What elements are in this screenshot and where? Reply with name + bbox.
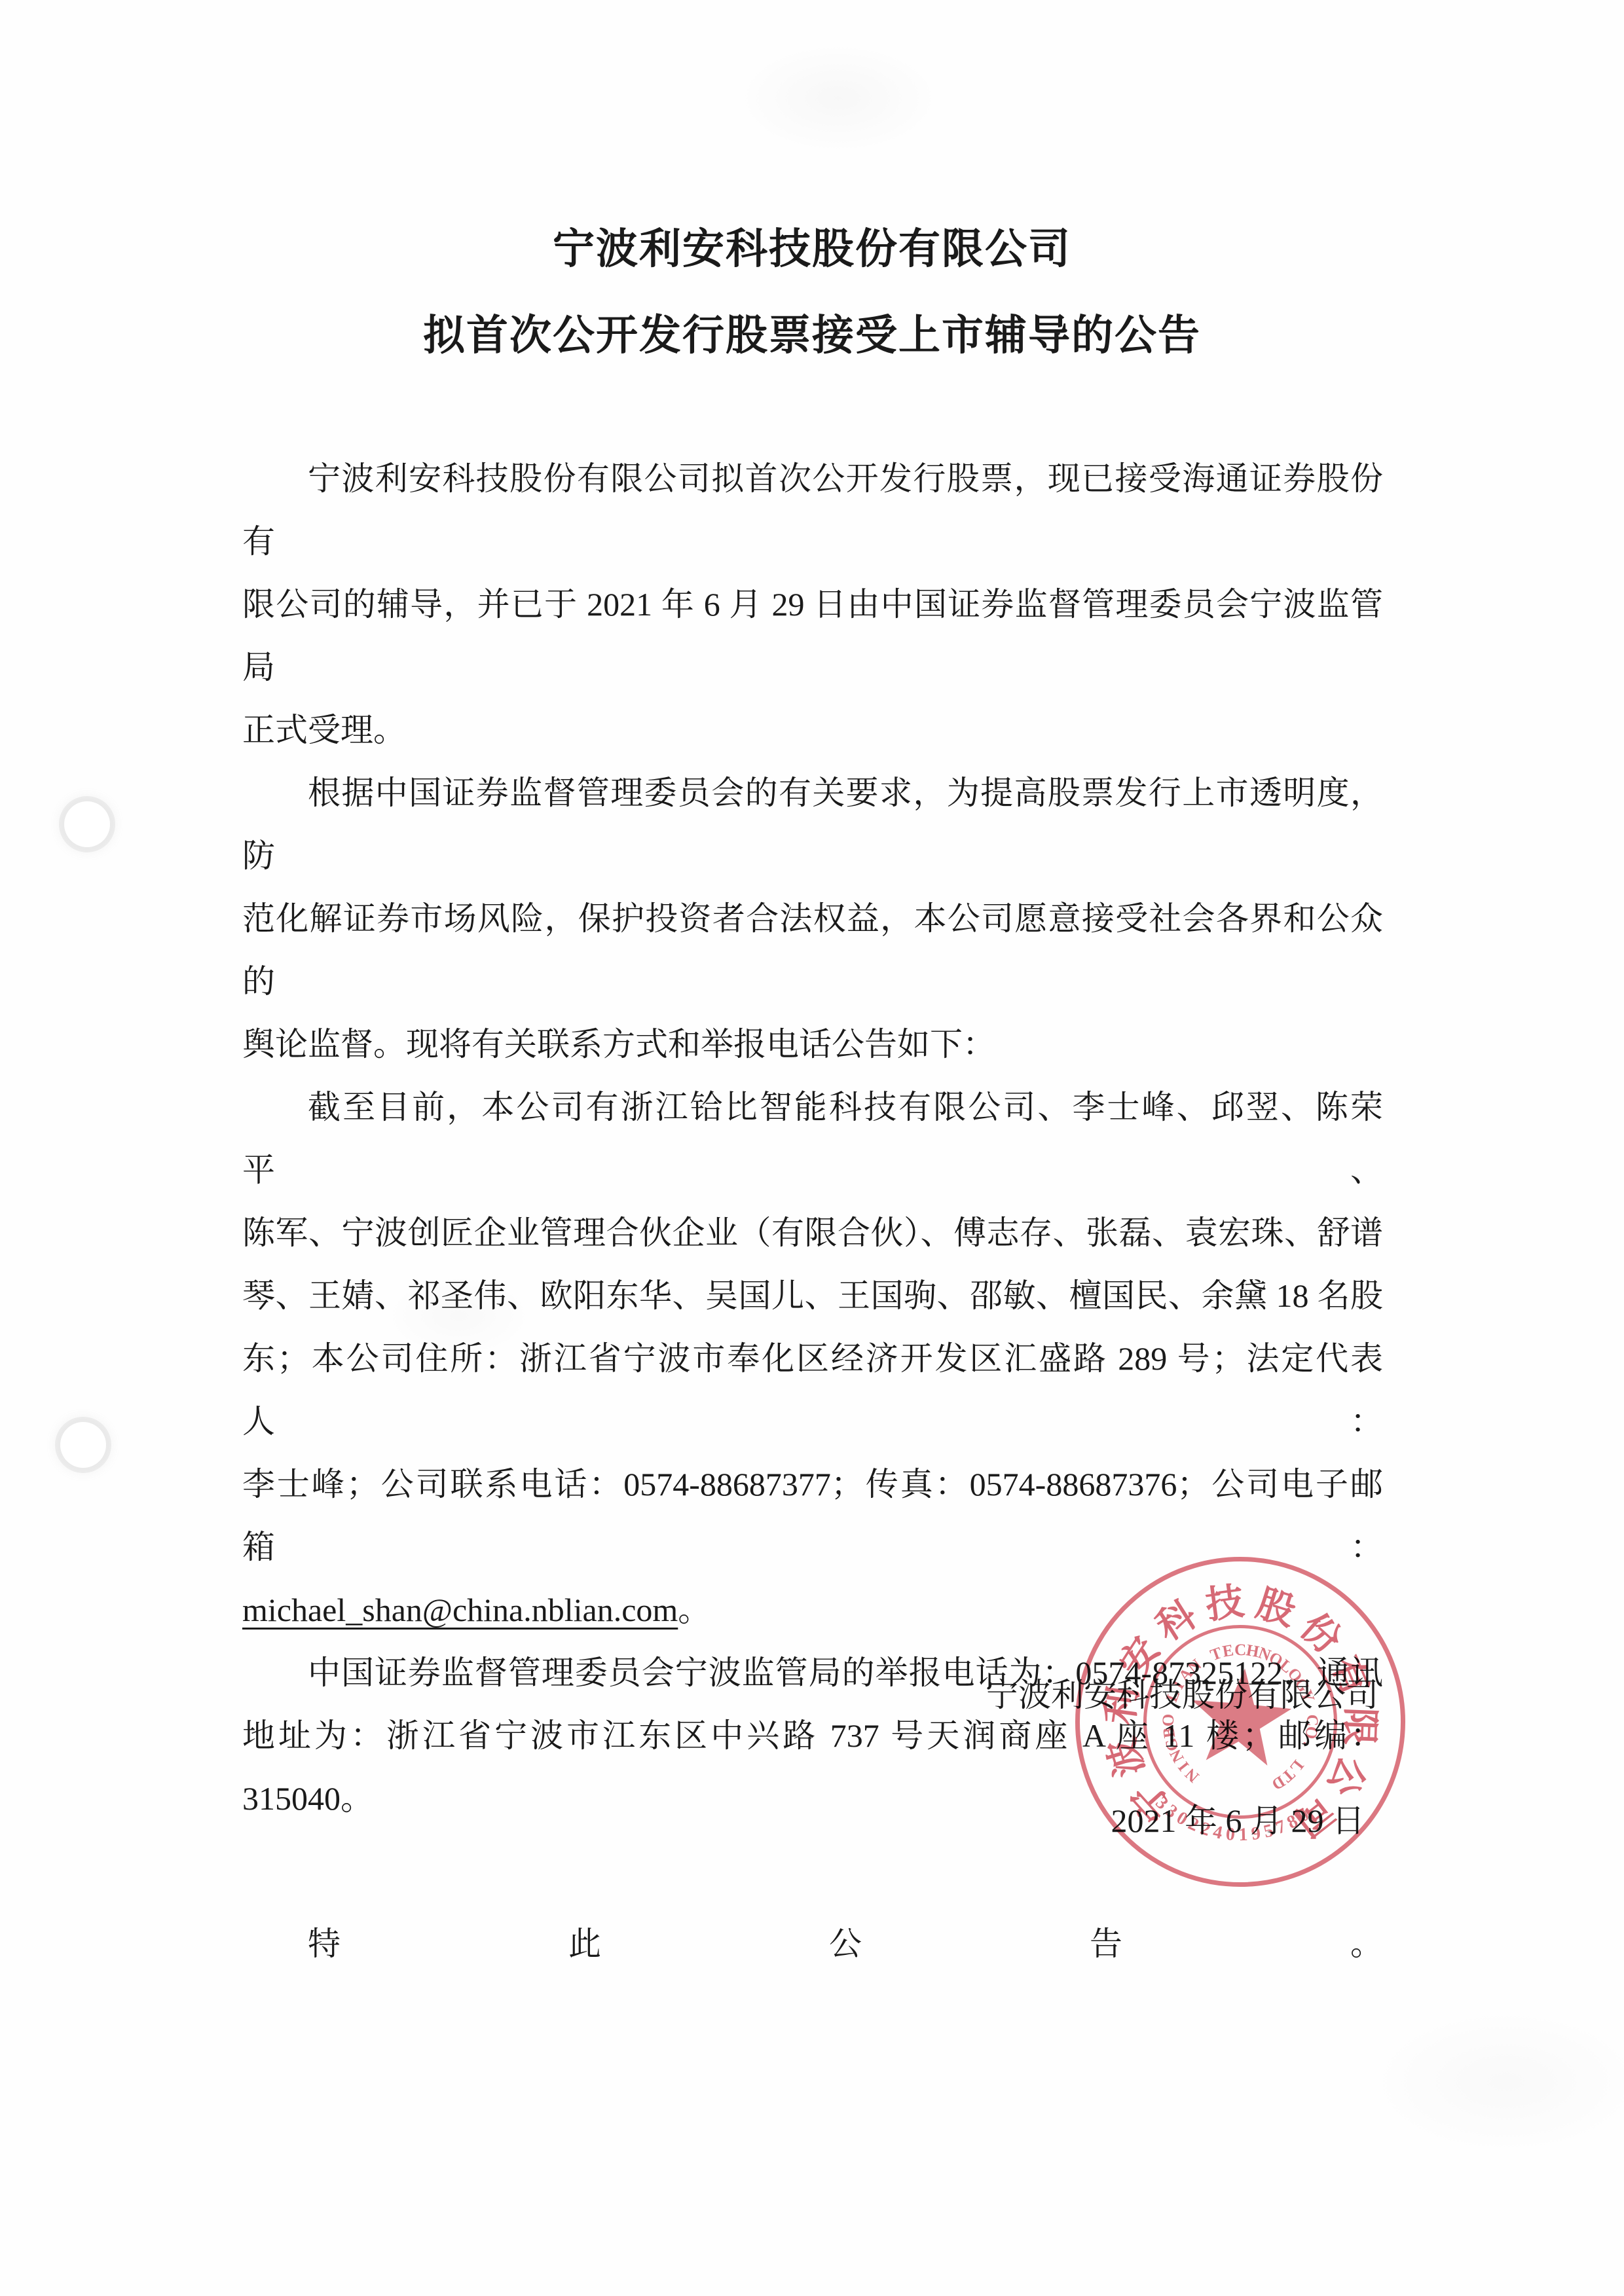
body-line: 宁波利安科技股份有限公司拟首次公开发行股票，现已接受海通证券股份有 xyxy=(242,447,1383,573)
email-text: michael_shan@china.nblian.com xyxy=(242,1592,678,1628)
signature-company: 宁波利安科技股份有限公司 xyxy=(986,1664,1378,1726)
punch-hole-bottom xyxy=(60,1422,106,1468)
document-body: 宁波利安科技股份有限公司拟首次公开发行股票，现已接受海通证券股份有限公司的辅导，… xyxy=(242,447,1383,1975)
body-line: 范化解证券市场风险，保护投资者合法权益，本公司愿意接受社会各界和公众的 xyxy=(242,887,1383,1013)
document-page: 宁波利安科技股份有限公司 拟首次公开发行股票接受上市辅导的公告 宁波利安科技股份… xyxy=(0,0,1624,2296)
body-line: 限公司的辅导，并已于 2021 年 6 月 29 日由中国证券监督管理委员会宁波… xyxy=(242,573,1383,699)
body-line: 截至目前，本公司有浙江铪比智能科技有限公司、李士峰、邱翌、陈荣平、 xyxy=(242,1076,1383,1201)
body-line: michael_shan@china.nblian.com。 xyxy=(242,1578,1383,1641)
body-line: 陈军、宁波创匠企业管理合伙企业（有限合伙）、傅志存、张磊、袁宏珠、舒谱 xyxy=(242,1201,1383,1264)
signature-date: 2021 年 6 月 29 日 xyxy=(1111,1789,1365,1852)
punch-hole-top xyxy=(64,801,110,847)
body-line: 东；本公司住所：浙江省宁波市奉化区经济开发区汇盛路 289 号；法定代表人： xyxy=(242,1327,1383,1453)
document-subtitle: 拟首次公开发行股票接受上市辅导的公告 xyxy=(0,312,1624,359)
body-line: 舆论监督。现将有关联系方式和举报电话公告如下： xyxy=(242,1013,1383,1076)
body-line: 正式受理。 xyxy=(242,699,1383,761)
document-title: 宁波利安科技股份有限公司 xyxy=(0,226,1624,273)
body-line: 根据中国证券监督管理委员会的有关要求，为提高股票发行上市透明度，防 xyxy=(242,761,1383,887)
body-paragraphs: 宁波利安科技股份有限公司拟首次公开发行股票，现已接受海通证券股份有限公司的辅导，… xyxy=(242,447,1383,1830)
closing-line: 特此公告。 xyxy=(242,1912,1383,1975)
body-line: 琴、王婧、祁圣伟、欧阳东华、吴国儿、王国驹、邵敏、檀国民、余黛 18 名股 xyxy=(242,1264,1383,1327)
body-line: 李士峰；公司联系电话：0574-88687377；传真：0574-8868737… xyxy=(242,1453,1383,1578)
